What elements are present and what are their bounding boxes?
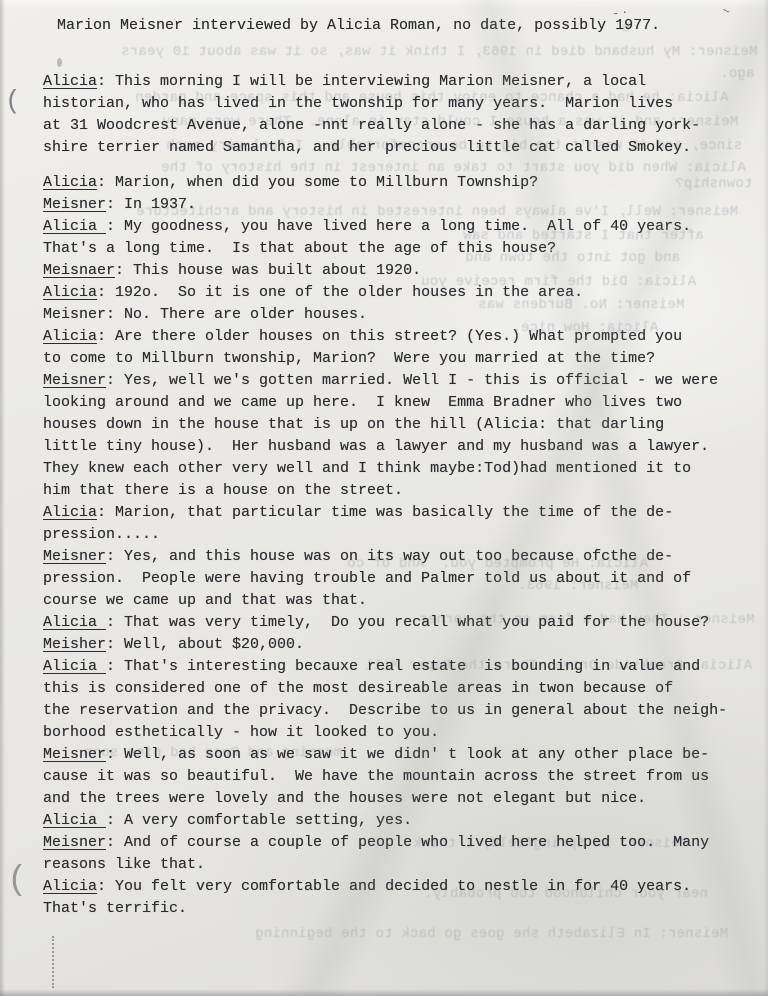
transcript-content: Marion Meisner interviewed by Alicia Rom…	[43, 15, 748, 920]
speaker-name: Meisner	[43, 548, 106, 565]
transcript-line: Alicia: Marion, when did you some to Mil…	[43, 172, 748, 194]
transcript-line: Alicia : That's interesting becauxe real…	[43, 656, 748, 678]
speaker-name: Alicia	[43, 658, 106, 675]
speaker-turn: Alicia : My goodness, you have lived her…	[43, 216, 748, 260]
speaker-name: Meisner	[43, 372, 106, 389]
transcript: Alicia: This morning I will be interview…	[43, 71, 748, 920]
speaker-name: Alicia	[43, 174, 97, 191]
document-title: Marion Meisner interviewed by Alicia Rom…	[43, 15, 748, 37]
transcript-line: and the trees were lovely and the houses…	[43, 788, 748, 810]
speaker-turn: Meisnaer: This house was built about 192…	[43, 260, 748, 282]
speaker-name: Alicia	[43, 218, 106, 235]
speaker-turn: Alicia: Marion, when did you some to Mil…	[43, 172, 748, 194]
speaker-turn: Meisher: Well, about $20,000.	[43, 634, 748, 656]
speaker-name: Alicia	[43, 614, 106, 631]
speaker-turn: Meisner: Yes, and this house was on its …	[43, 546, 748, 612]
transcript-line: reasons like that.	[43, 854, 748, 876]
speaker-name: Alicia	[43, 812, 106, 829]
speaker-name: Meisher	[43, 636, 106, 653]
transcript-line: borhood esthetically - how it looked to …	[43, 722, 748, 744]
transcript-line: Alicia: This morning I will be interview…	[43, 71, 748, 93]
transcript-line: this is considered one of the most desir…	[43, 678, 748, 700]
speaker-name: Meisner	[43, 196, 106, 213]
transcript-line: Alicia : My goodness, you have lived her…	[43, 216, 748, 238]
speaker-turn: Alicia : A very comfortable setting, yes…	[43, 810, 748, 832]
transcript-line: shire terrier named Samantha, and her pr…	[43, 137, 748, 159]
transcript-line: Meisner: Yes, well we's gotten married. …	[43, 370, 748, 392]
transcript-line: to come to Millburn twonship, Marion? We…	[43, 348, 748, 370]
speaker-turn: Alicia: This morning I will be interview…	[43, 71, 748, 159]
transcript-line: Meisner: In 1937.	[43, 194, 748, 216]
transcript-line: the reservation and the privacy. Describ…	[43, 700, 748, 722]
transcript-line: Meisher: Well, about $20,000.	[43, 634, 748, 656]
transcript-line: course we came up and that was that.	[43, 590, 748, 612]
speaker-name: Alicia	[43, 284, 97, 301]
speaker-name: Alicia	[43, 504, 97, 521]
transcript-line: Alicia: Marion, that particular time was…	[43, 502, 748, 524]
transcript-line: That's a long time. Is that about the ag…	[43, 238, 748, 260]
speaker-name: Alicia	[43, 328, 97, 345]
transcript-line: historian, who has lived in the twonship…	[43, 93, 748, 115]
speaker-name: Meisner	[43, 746, 106, 763]
transcript-line: Meisnaer: This house was built about 192…	[43, 260, 748, 282]
speaker-turn: Alicia: Are there older houses on this s…	[43, 326, 748, 370]
speaker-turn: Alicia: 192o. So it is one of the older …	[43, 282, 748, 304]
transcript-line: pression. People were having trouble and…	[43, 568, 748, 590]
transcript-line: Alicia : That was very timely, Do you re…	[43, 612, 748, 634]
speaker-turn: Alicia : That's interesting becauxe real…	[43, 656, 748, 744]
transcript-line: Alicia: You felt very comfortable and de…	[43, 876, 748, 898]
transcript-line: little tiny house). Her husband was a la…	[43, 436, 748, 458]
transcript-line: Meisner: Yes, and this house was on its …	[43, 546, 748, 568]
transcript-line: houses down in the house that is up on t…	[43, 414, 748, 436]
speaker-name: Meisnaer	[43, 262, 115, 279]
transcript-line: Alicia : A very comfortable setting, yes…	[43, 810, 748, 832]
transcript-line: They knew each other very well and I thi…	[43, 458, 748, 480]
transcript-line: looking around and we came up here. I kn…	[43, 392, 748, 414]
bleed-through-text: Meisner: In Elizabeth she goes go back t…	[255, 926, 728, 942]
transcript-line: Meisner: No. There are older houses.	[43, 304, 748, 326]
transcript-line: Alicia: 192o. So it is one of the older …	[43, 282, 748, 304]
transcript-line: at 31 Woodcrest Avenue, alone -nnt reall…	[43, 115, 748, 137]
speaker-turn: Alicia : That was very timely, Do you re…	[43, 612, 748, 634]
speaker-name: Alicia	[43, 878, 97, 895]
transcript-line: him that there is a house on the street.	[43, 480, 748, 502]
speaker-turn: Meisner: In 1937.	[43, 194, 748, 216]
speaker-name: Meisner	[43, 834, 106, 851]
transcript-line: Alicia: Are there older houses on this s…	[43, 326, 748, 348]
speaker-turn: Meisner: Well, as soon as we saw it we d…	[43, 744, 748, 810]
scanned-document-page: Meisner: My husband died in 1963, I thin…	[0, 0, 768, 996]
transcript-line: Meisner: And of course a couple of peopl…	[43, 832, 748, 854]
speaker-name: Meisner	[43, 306, 106, 323]
transcript-line: cause it was so beautiful. We have the m…	[43, 766, 748, 788]
transcript-line: pression.....	[43, 524, 748, 546]
speaker-turn: Alicia: Marion, that particular time was…	[43, 502, 748, 546]
speaker-turn: Meisner: And of course a couple of peopl…	[43, 832, 748, 876]
speaker-turn: Meisner: Yes, well we's gotten married. …	[43, 370, 748, 502]
speaker-turn: Meisner: No. There are older houses.	[43, 304, 748, 326]
speaker-name: Alicia	[43, 73, 97, 90]
transcript-line: Meisner: Well, as soon as we saw it we d…	[43, 744, 748, 766]
transcript-line: That's terrific.	[43, 898, 748, 920]
speaker-turn: Alicia: You felt very comfortable and de…	[43, 876, 748, 920]
